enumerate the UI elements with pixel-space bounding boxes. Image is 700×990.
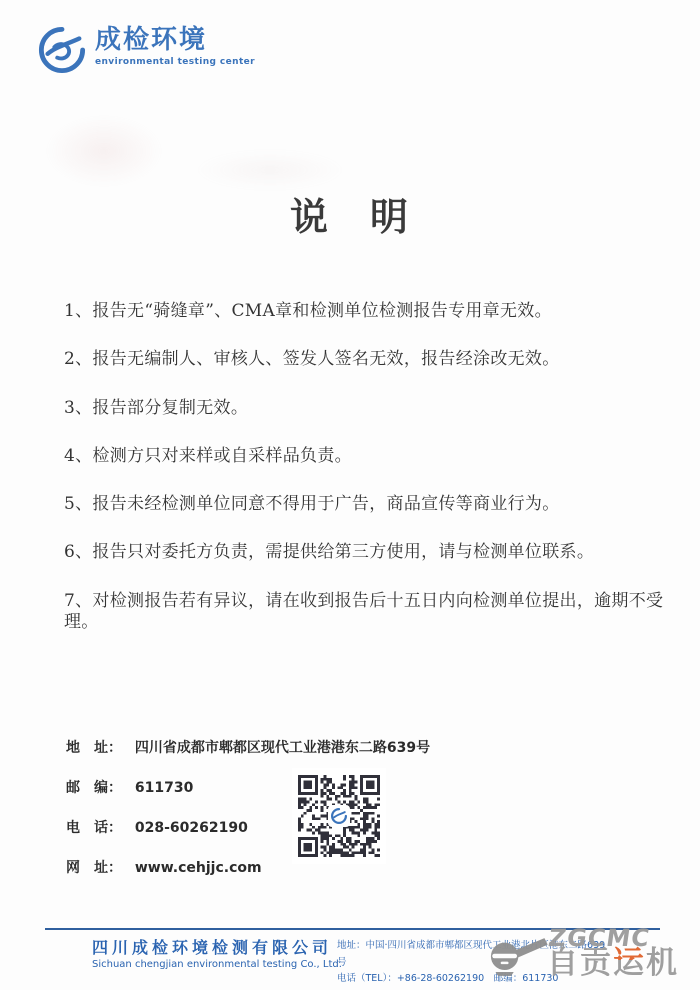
note-item-6: 6、报告只对委托方负责，需提供给第三方使用，请与检测单位联系。 (64, 542, 666, 563)
contact-value: 611730 (135, 780, 193, 796)
faded-stamp-artifact (45, 115, 163, 187)
zgcmc-machine-icon (487, 926, 549, 990)
company-logo: 成检环境 environmental testing center (38, 26, 255, 78)
note-item-1: 1、报告无“骑缝章”、CMA章和检测单位检测报告专用章无效。 (64, 301, 666, 322)
logo-name-cn: 成检环境 (95, 26, 255, 55)
note-item-5: 5、报告未经检测单位同意不得用于广告，商品宣传等商业行为。 (64, 494, 666, 515)
footer-company-block: 四川成检环境检测有限公司 Sichuan chengjian environme… (92, 935, 342, 970)
contact-row-address: 地 址： 四川省成都市郫都区现代工业港港东二路639号 (66, 737, 430, 757)
qr-center-e-logo-icon (328, 805, 350, 827)
note-item-4: 4、检测方只对来样或自采样品负责。 (64, 446, 666, 467)
contact-label: 地 址： (66, 740, 122, 756)
contact-value: 028-60262190 (135, 820, 248, 836)
contact-value: 四川省成都市郫都区现代工业港港东二路639号 (135, 740, 430, 756)
qr-code (292, 768, 386, 864)
faded-stamp-artifact (195, 150, 345, 190)
watermark-name-text: 自贡运机 (547, 948, 679, 979)
footer-company-name-en: Sichuan chengjian environmental testing … (92, 959, 342, 970)
footer-company-name-cn: 四川成检环境检测有限公司 (92, 935, 342, 958)
logo-name-en: environmental testing center (95, 57, 255, 67)
zgcmc-watermark: ZGCMC 自贡运机 (487, 920, 700, 990)
watermark-brand-text: ZGCMC (547, 926, 682, 950)
note-item-7: 7、对检测报告若有异议，请在收到报告后十五日内向检测单位提出，逾期不受理。 (64, 591, 666, 634)
contact-label: 电 话： (66, 820, 122, 836)
contact-label: 邮 编： (66, 780, 122, 796)
document-page: 成检环境 environmental testing center 说 明 1、… (0, 0, 700, 990)
contact-label: 网 址： (66, 860, 122, 876)
logo-e-circle-icon (38, 26, 86, 78)
notes-list: 1、报告无“骑缝章”、CMA章和检测单位检测报告专用章无效。 2、报告无编制人、… (64, 301, 666, 660)
note-item-2: 2、报告无编制人、审核人、签发人签名无效，报告经涂改无效。 (64, 349, 666, 370)
note-item-3: 3、报告部分复制无效。 (64, 398, 666, 419)
page-title: 说 明 (0, 186, 700, 241)
contact-value: www.cehjjc.com (135, 860, 262, 876)
